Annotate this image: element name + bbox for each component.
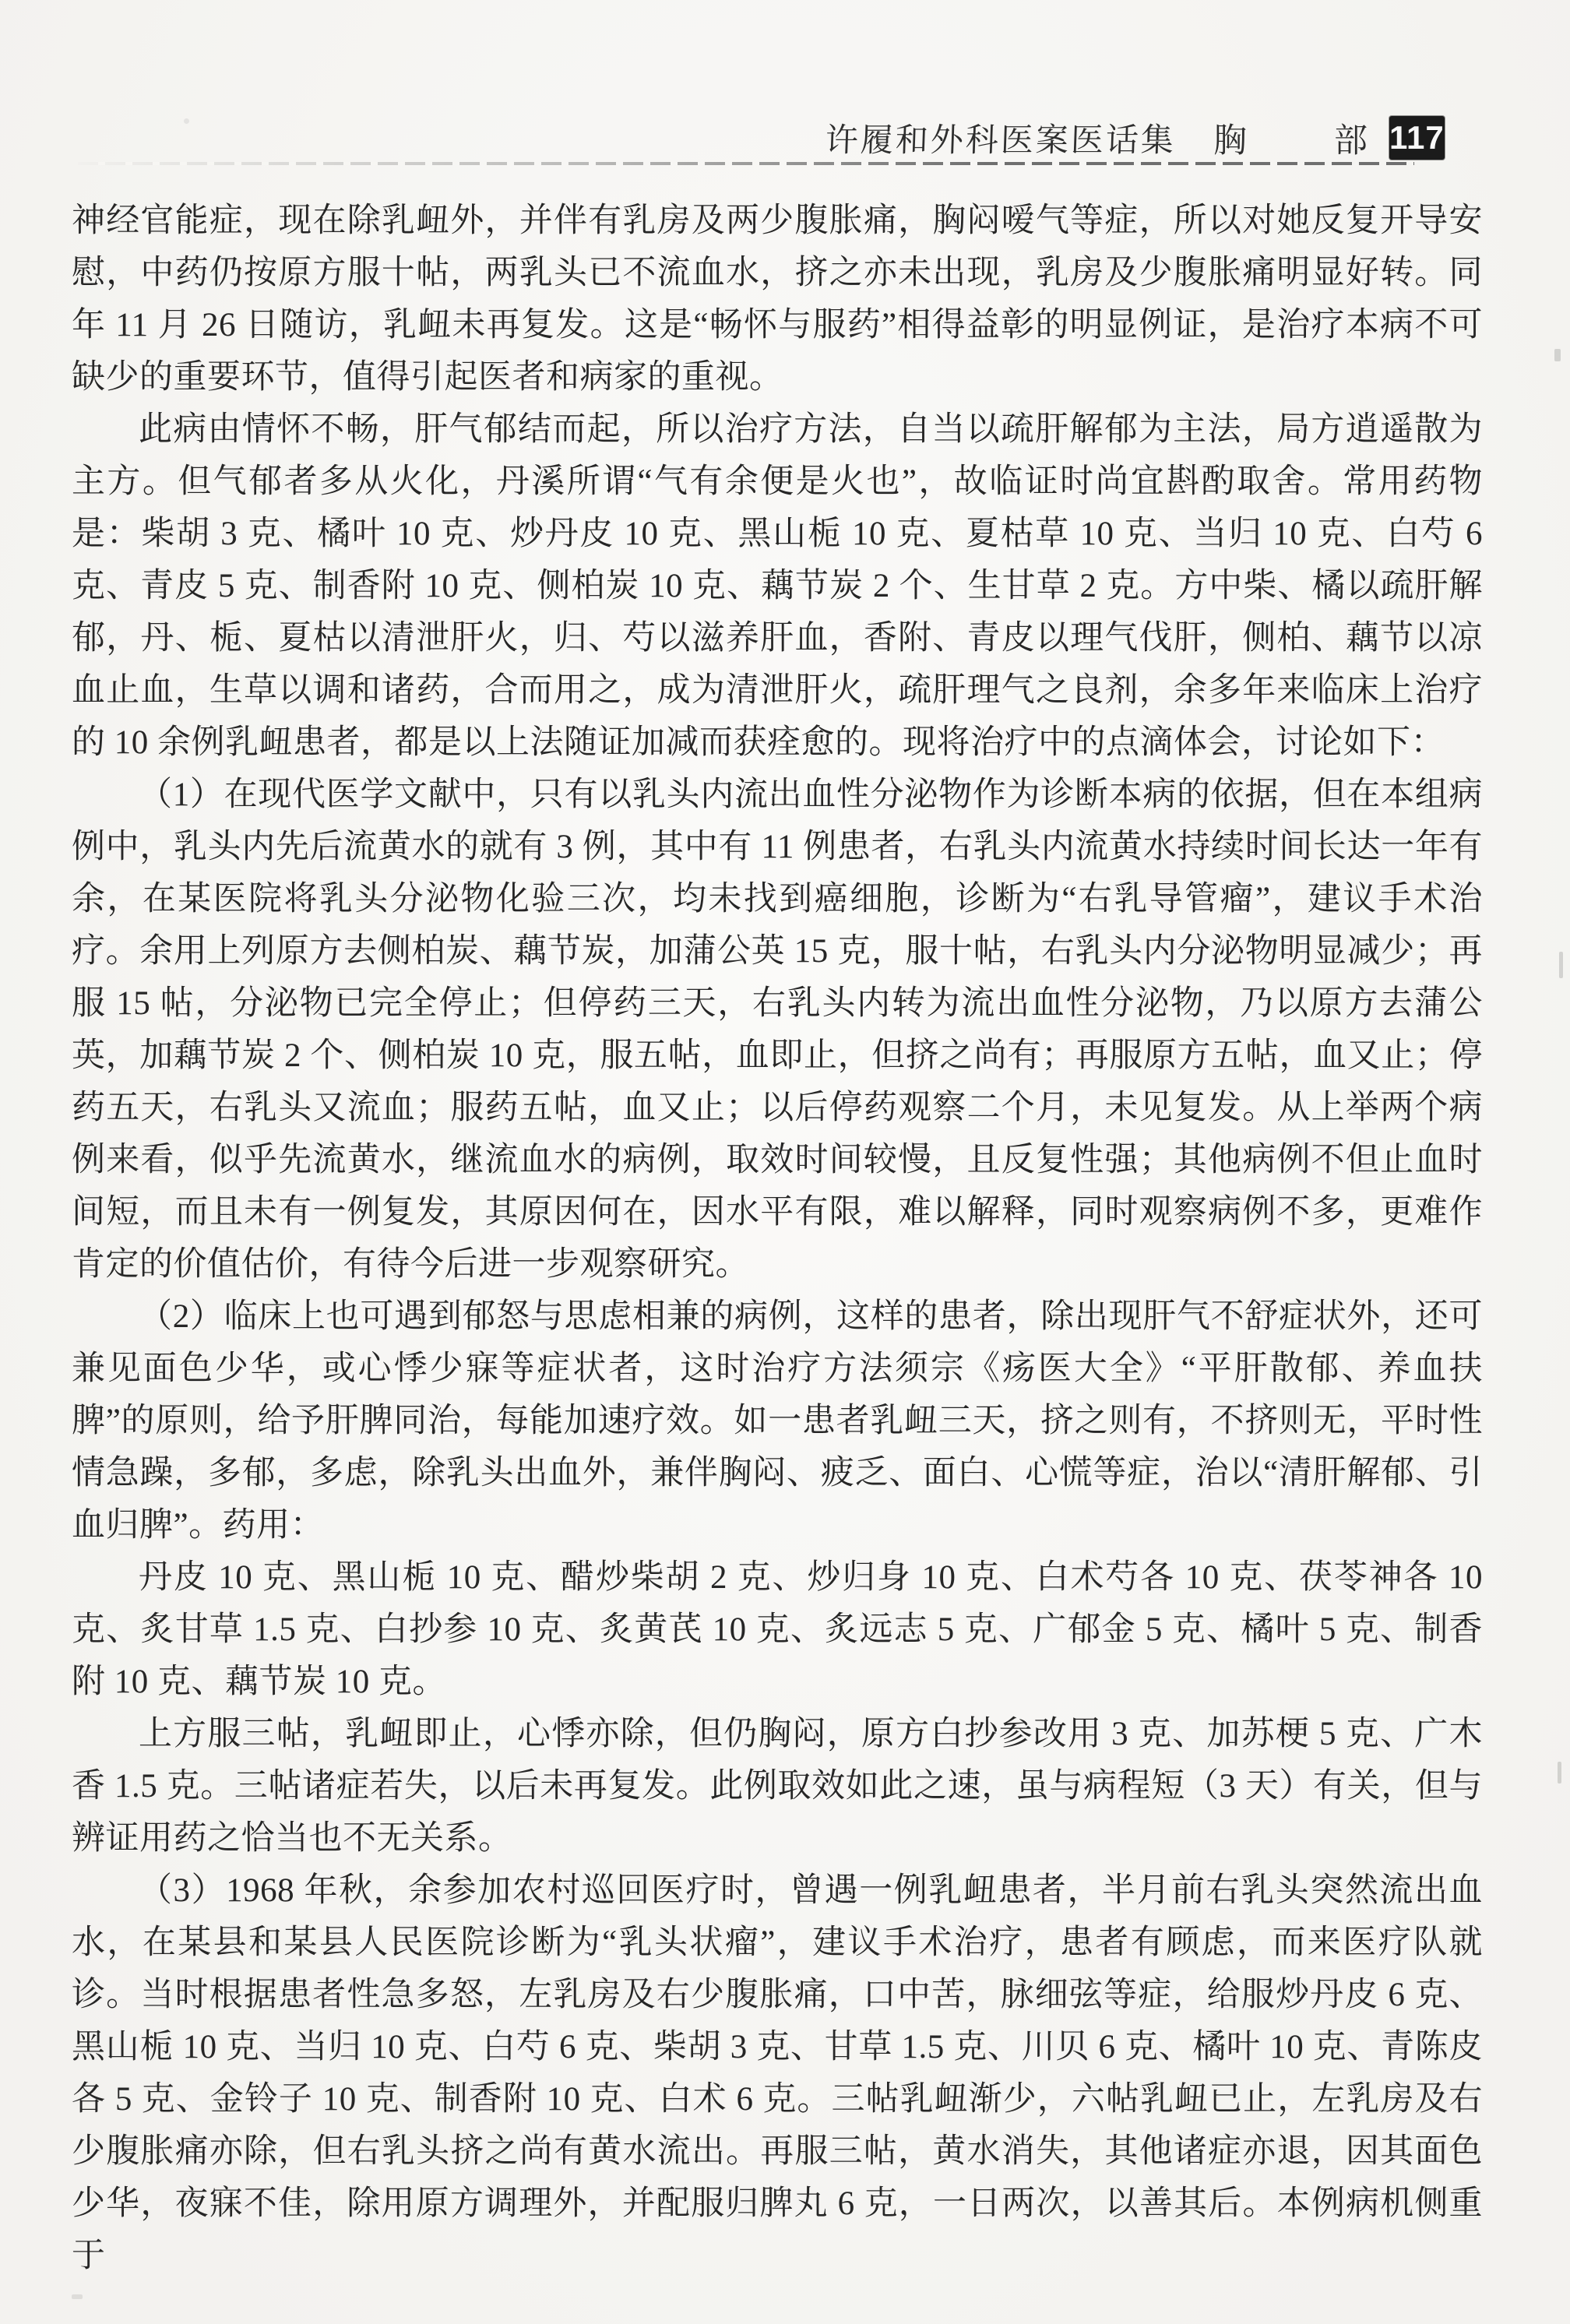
paragraph: （2）临床上也可遇到郁怒与思虑相兼的病例，这样的患者，除出现肝气不舒症状外，还可… [72, 1291, 1483, 1551]
scan-artifact [72, 2294, 83, 2299]
scan-artifact [1554, 349, 1561, 361]
running-head-title: 许履和外科医案医话集 [825, 114, 1177, 161]
paragraph: （3）1968 年秋，余参加农村巡回医疗时，曾遇一例乳衄患者，半月前右乳头突然流… [72, 1864, 1483, 2282]
paragraph: 丹皮 10 克、黑山栀 10 克、醋炒柴胡 2 克、炒归身 10 克、白术芍各 … [72, 1551, 1483, 1708]
paragraph: 上方服三帖，乳衄即止，心悸亦除，但仍胸闷，原方白抄参改用 3 克、加苏梗 5 克… [72, 1708, 1483, 1864]
scan-artifact [1558, 1762, 1561, 1783]
page-number: 117 [1389, 119, 1445, 157]
scan-artifact [184, 118, 189, 124]
page-number-badge: 117 [1389, 116, 1445, 160]
header-dashed-rule [78, 162, 1414, 165]
paragraph: 此病由情怀不畅，肝气郁结而起，所以治疗方法，自当以疏肝解郁为主法，局方逍遥散为主… [72, 403, 1483, 769]
scanned-page: 许履和外科医案医话集 胸 部 117 神经官能症，现在除乳衄外，并伴有乳房及两少… [0, 0, 1570, 2324]
scan-artifact [1559, 952, 1563, 978]
running-head: 许履和外科医案医话集 胸 部 117 [825, 114, 1414, 162]
running-head-section-char-2: 部 [1334, 114, 1368, 162]
paragraph: 神经官能症，现在除乳衄外，并伴有乳房及两少腹胀痛，胸闷嗳气等症，所以对她反复开导… [72, 195, 1483, 403]
page-body: 神经官能症，现在除乳衄外，并伴有乳房及两少腹胀痛，胸闷嗳气等症，所以对她反复开导… [72, 195, 1483, 2282]
running-head-section-char-1: 胸 [1213, 114, 1247, 162]
paragraph: （1）在现代医学文献中，只有以乳头内流出血性分泌物作为诊断本病的依据，但在本组病… [72, 769, 1483, 1291]
